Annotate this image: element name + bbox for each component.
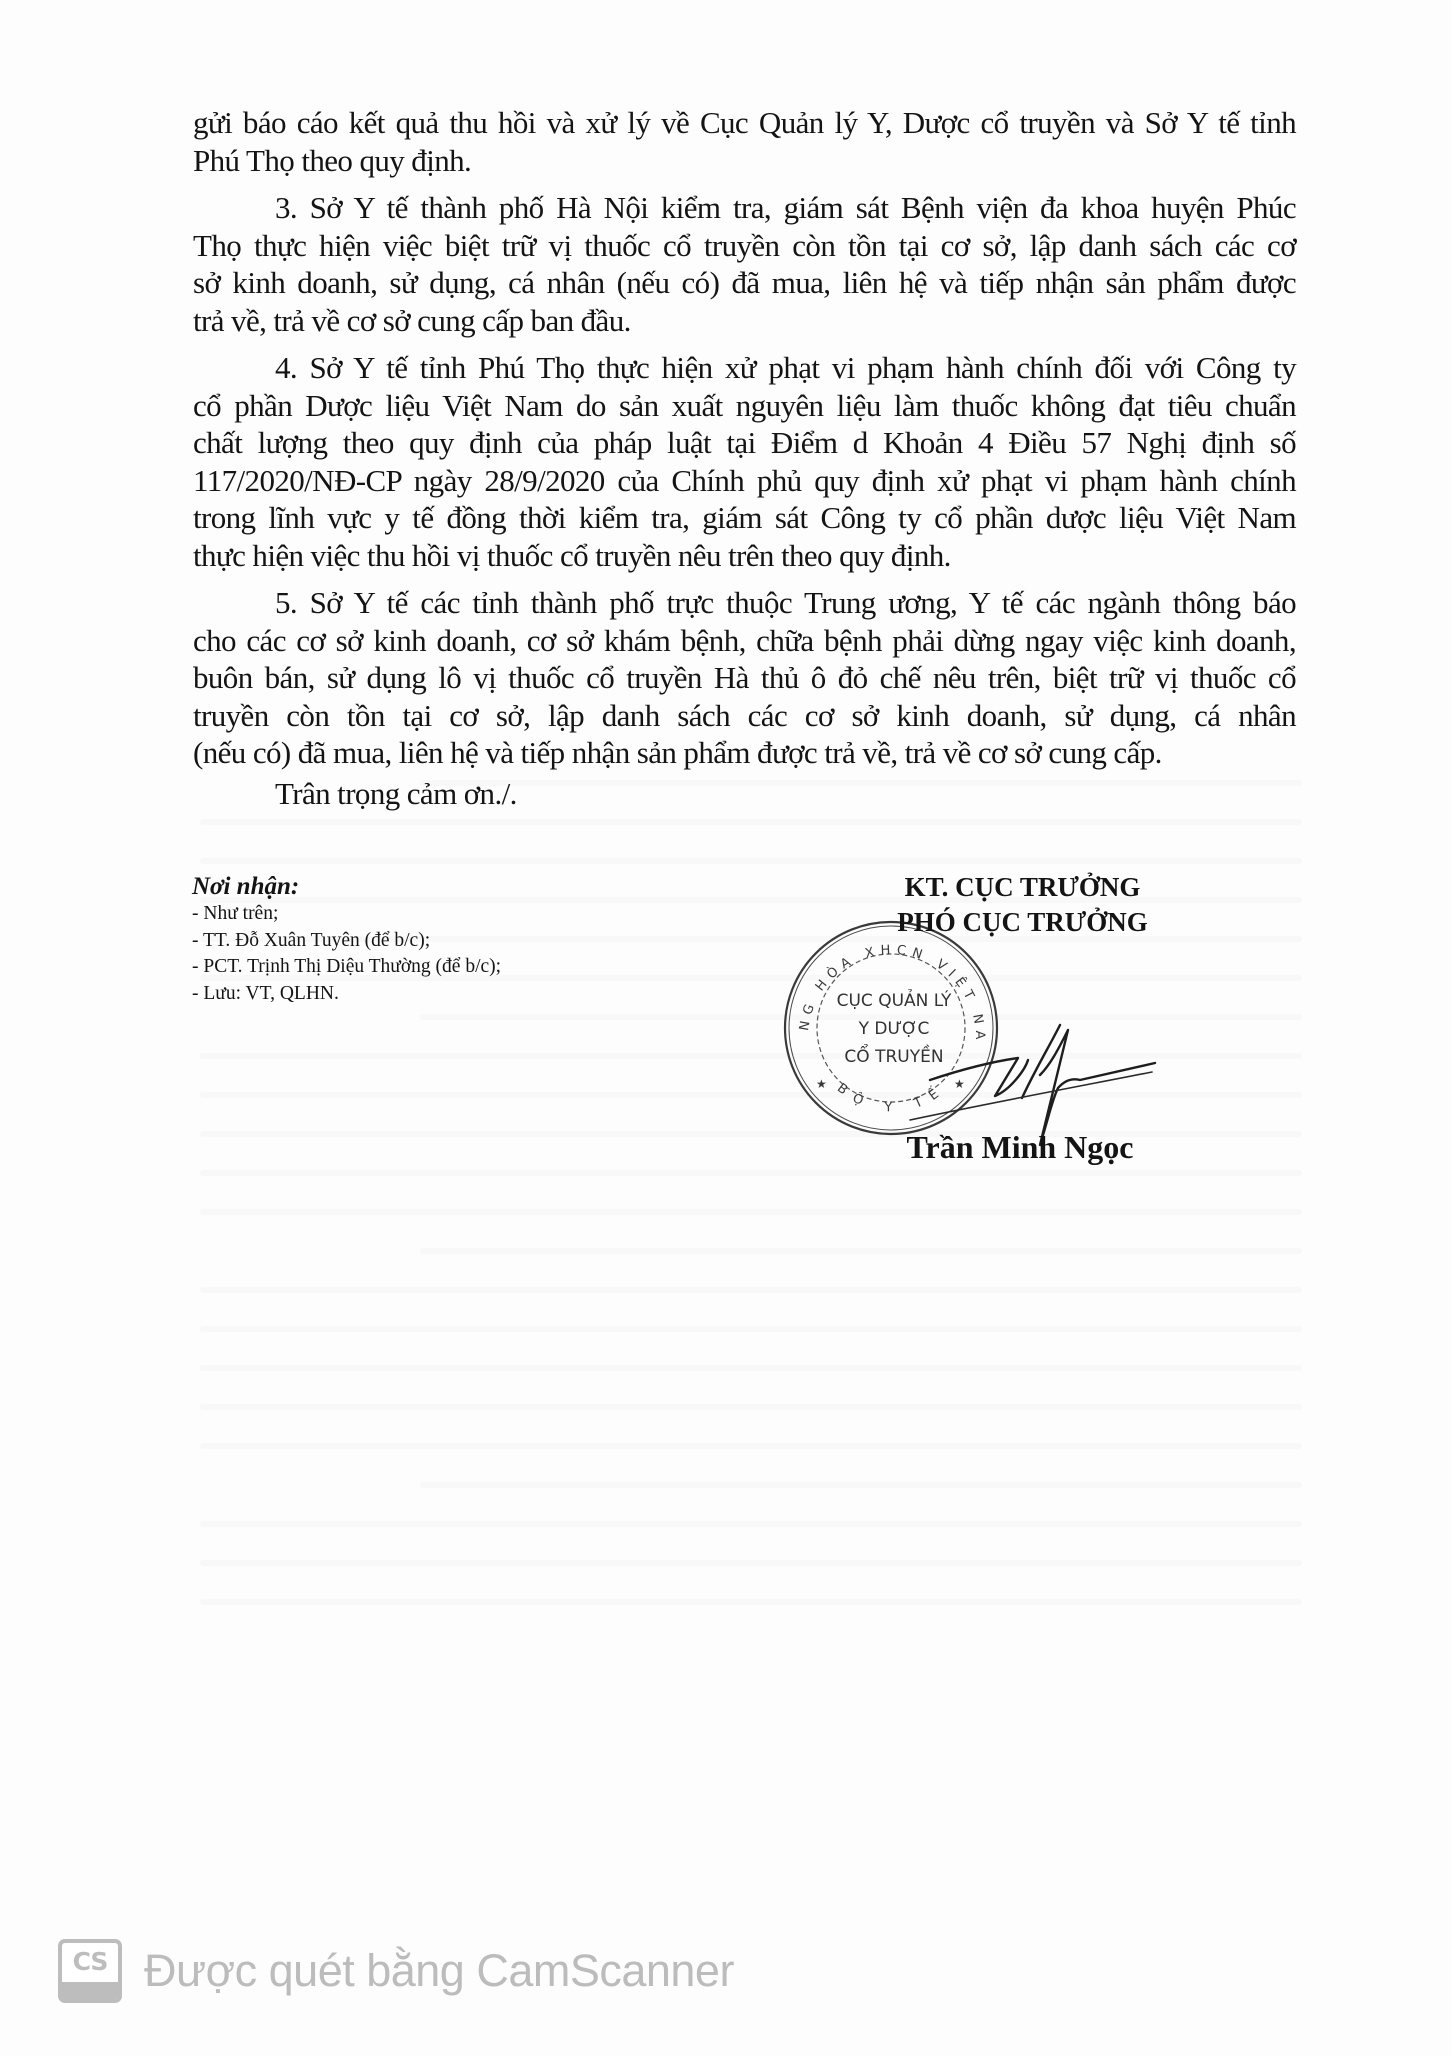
body-text-line: cho các cơ sở kinh doanh, cơ sở khám bện…: [193, 622, 1296, 660]
signer-title-line1: KT. CỤC TRƯỞNG: [870, 872, 1175, 903]
body-text-line: 4. Sở Y tế tỉnh Phú Thọ thực hiện xử phạ…: [193, 349, 1296, 387]
recipients-title: Nơi nhận:: [192, 873, 501, 901]
body-text-line: truyền còn tồn tại cơ sở, lập danh sách …: [193, 697, 1296, 735]
body-text-line: 5. Sở Y tế các tỉnh thành phố trực thuộc…: [193, 584, 1296, 622]
body-text-line: thực hiện việc thu hồi vị thuốc cổ truyề…: [193, 537, 1296, 575]
body-text-line: Thọ thực hiện việc biệt trữ vị thuốc cổ …: [193, 227, 1296, 265]
recipient-item: - PCT. Trịnh Thị Diệu Thường (để b/c);: [192, 954, 501, 981]
body-text-line: 117/2020/NĐ-CP ngày 28/9/2020 của Chính …: [193, 462, 1296, 500]
body-text-line: chất lượng theo quy định của pháp luật t…: [193, 424, 1296, 462]
body-text-line: trả về, trả về cơ sở cung cấp ban đầu.: [193, 302, 1296, 340]
recipient-item: - Lưu: VT, QLHN.: [192, 981, 501, 1008]
signer-name: Trần Minh Ngọc: [870, 1129, 1170, 1166]
body-text-line: gửi báo cáo kết quả thu hồi và xử lý về …: [193, 104, 1296, 142]
signer-title-line2: PHÓ CỤC TRƯỞNG: [870, 907, 1175, 938]
svg-text:★: ★: [816, 1077, 827, 1091]
recipient-item: - Như trên;: [192, 901, 501, 928]
scanned-page: gửi báo cáo kết quả thu hồi và xử lý về …: [0, 0, 1452, 2056]
camscanner-label: Được quét bằng CamScanner: [144, 1945, 734, 1997]
body-text-line: (nếu có) đã mua, liên hệ và tiếp nhận sả…: [193, 734, 1296, 772]
letter-body: gửi báo cáo kết quả thu hồi và xử lý về …: [193, 104, 1296, 772]
body-text-line: buôn bán, sử dụng lô vị thuốc cổ truyền …: [193, 659, 1296, 697]
camscanner-watermark: CS Được quét bằng CamScanner: [58, 1938, 734, 2004]
closing-line: Trân trọng cảm ơn./.: [275, 776, 517, 812]
body-text-line: cổ phần Dược liệu Việt Nam do sản xuất n…: [193, 387, 1296, 425]
body-text-line: 3. Sở Y tế thành phố Hà Nội kiểm tra, gi…: [193, 189, 1296, 227]
body-text-line: sở kinh doanh, sử dụng, cá nhân (nếu có)…: [193, 264, 1296, 302]
recipient-item: - TT. Đỗ Xuân Tuyên (để b/c);: [192, 928, 501, 955]
body-text-line: trong lĩnh vực y tế đồng thời kiểm tra, …: [193, 499, 1296, 537]
body-text-line: Phú Thọ theo quy định.: [193, 142, 1296, 180]
recipients-block: Nơi nhận: - Như trên; - TT. Đỗ Xuân Tuyê…: [192, 873, 501, 1008]
camscanner-logo-icon: CS: [58, 1939, 122, 2003]
handwritten-signature-icon: [900, 1000, 1160, 1150]
